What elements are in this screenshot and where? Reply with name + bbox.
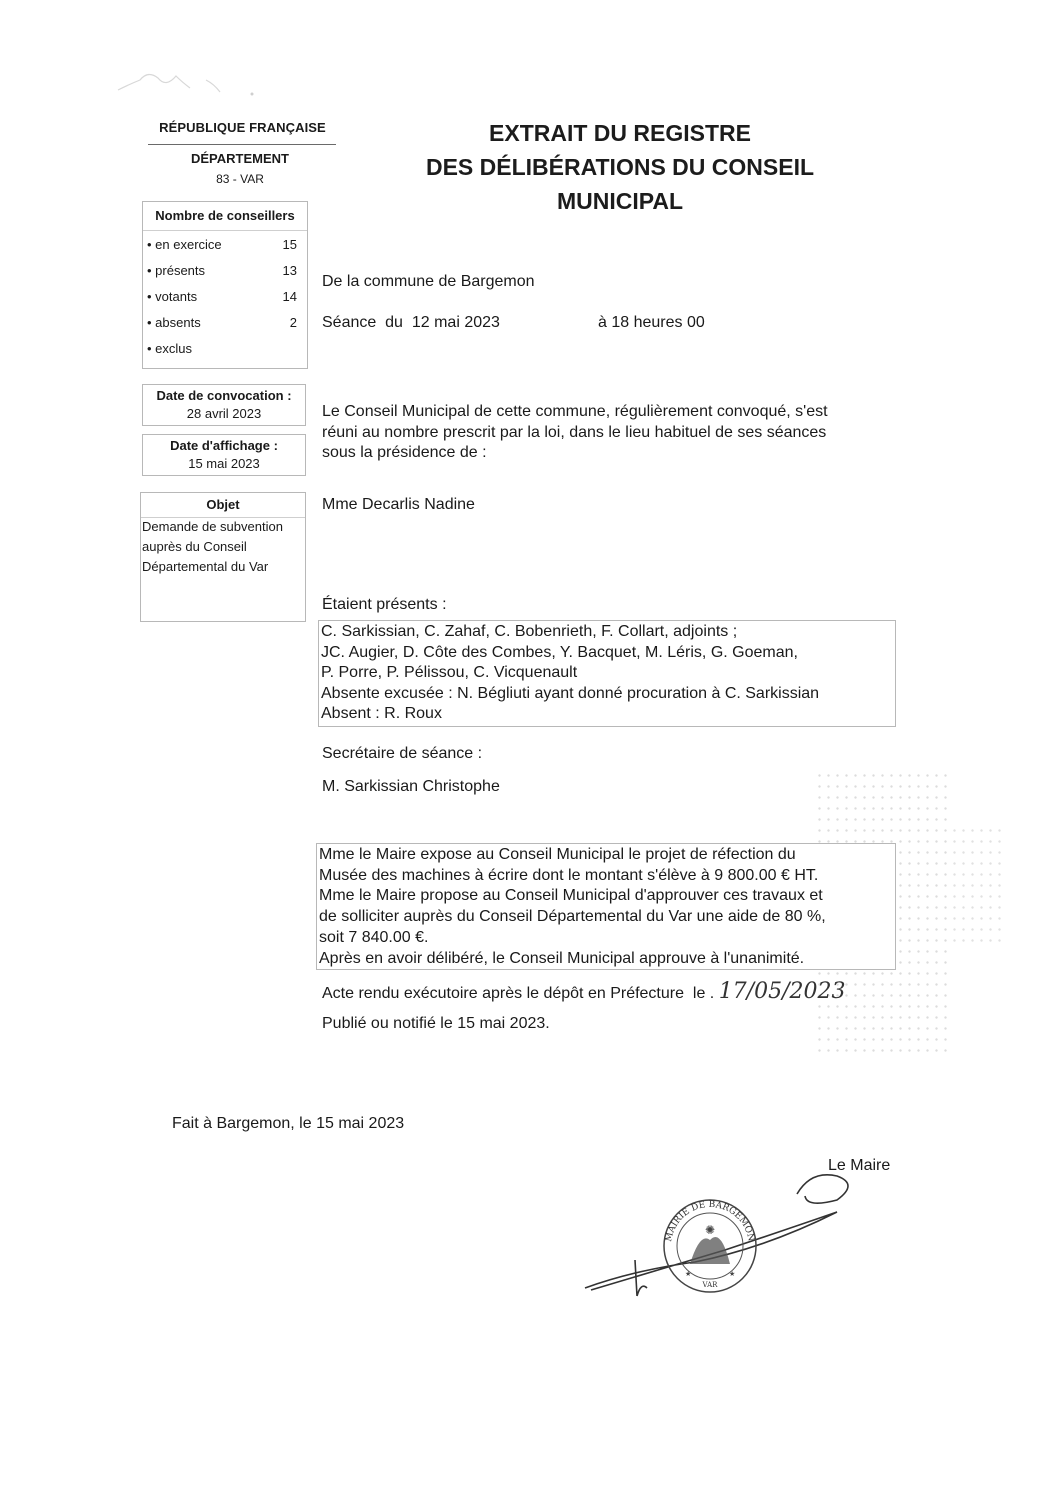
- objet-line: Demande de subvention: [142, 517, 304, 537]
- conseillers-row: • exclus: [147, 341, 297, 356]
- objet-line: auprès du Conseil: [142, 537, 304, 557]
- conseillers-row: • votants 14: [147, 289, 297, 304]
- title-line: EXTRAIT DU REGISTRE: [380, 116, 860, 150]
- date-convocation-value: 28 avril 2023: [143, 406, 305, 421]
- intro-line: Le Conseil Municipal de cette commune, r…: [322, 402, 882, 423]
- secretaire-name: M. Sarkissian Christophe: [322, 777, 500, 797]
- objet-box: Objet Demande de subvention auprès du Co…: [140, 492, 306, 622]
- departement-label: DÉPARTEMENT: [160, 151, 320, 166]
- row-label: • votants: [147, 289, 197, 304]
- conseillers-box: Nombre de conseillers • en exercice 15 •…: [142, 201, 308, 369]
- deliberation-line: soit 7 840.00 €.: [319, 928, 895, 949]
- date-convocation-label: Date de convocation :: [143, 388, 305, 403]
- seance-heure: à 18 heures 00: [598, 313, 705, 333]
- fait-a: Fait à Bargemon, le 15 mai 2023: [172, 1115, 404, 1133]
- row-value: 2: [290, 315, 297, 330]
- objet-text: Demande de subvention auprès du Conseil …: [142, 517, 304, 577]
- deliberation-line: Musée des machines à écrire dont le mont…: [319, 866, 895, 887]
- deliberation-line: Après en avoir délibéré, le Conseil Muni…: [319, 949, 895, 970]
- objet-label: Objet: [141, 497, 305, 512]
- presents-line: C. Sarkissian, C. Zahaf, C. Bobenrieth, …: [321, 622, 895, 643]
- publie-notifie: Publié ou notifié le 15 mai 2023.: [322, 1014, 550, 1034]
- scan-artifact-scribble: [110, 62, 260, 102]
- presents-label: Étaient présents :: [322, 595, 447, 615]
- row-label: • exclus: [147, 341, 192, 356]
- signature-icon: [585, 1175, 848, 1296]
- departement-value: 83 - VAR: [160, 172, 320, 186]
- row-label: • présents: [147, 263, 205, 278]
- objet-line: Départemental du Var: [142, 557, 304, 577]
- date-affichage-value: 15 mai 2023: [143, 456, 305, 471]
- svg-text:★: ★: [685, 1270, 691, 1278]
- title-line: DES DÉLIBÉRATIONS DU CONSEIL: [380, 150, 860, 184]
- svg-text:★: ★: [729, 1270, 735, 1278]
- acte-handwritten-date: 17/05/2023: [719, 979, 846, 1004]
- presents-line: JC. Augier, D. Côte des Combes, Y. Bacqu…: [321, 643, 895, 664]
- title-line: MUNICIPAL: [380, 184, 860, 218]
- deliberation-line: Mme le Maire propose au Conseil Municipa…: [319, 886, 895, 907]
- presents-box: C. Sarkissian, C. Zahaf, C. Bobenrieth, …: [318, 620, 896, 727]
- intro-paragraph: Le Conseil Municipal de cette commune, r…: [322, 402, 882, 464]
- dotted-stamp-artifact: [950, 825, 1005, 945]
- row-value: 14: [283, 289, 297, 304]
- commune: De la commune de Bargemon: [322, 272, 535, 292]
- svg-text:✺: ✺: [705, 1223, 715, 1237]
- intro-line: sous la présidence de :: [322, 443, 882, 464]
- document-title: EXTRAIT DU REGISTRE DES DÉLIBÉRATIONS DU…: [380, 116, 860, 218]
- date-convocation-box: Date de convocation : 28 avril 2023: [142, 384, 306, 426]
- acte-text: Acte rendu exécutoire après le dépôt en …: [322, 985, 714, 1002]
- row-value: 13: [283, 263, 297, 278]
- presents-line: Absent : R. Roux: [321, 704, 895, 725]
- seance-date: Séance du 12 mai 2023: [322, 314, 500, 331]
- conseillers-title: Nombre de conseillers: [143, 208, 307, 223]
- deliberation-box: Mme le Maire expose au Conseil Municipal…: [316, 843, 896, 970]
- row-value: 15: [283, 237, 297, 252]
- conseillers-row: • présents 13: [147, 263, 297, 278]
- secretaire-label: Secrétaire de séance :: [322, 744, 482, 764]
- presents-line: Absente excusée : N. Bégliuti ayant donn…: [321, 684, 895, 705]
- row-label: • en exercice: [147, 237, 222, 252]
- divider: [143, 230, 307, 231]
- date-affichage-box: Date d'affichage : 15 mai 2023: [142, 434, 306, 476]
- date-affichage-label: Date d'affichage :: [143, 438, 305, 453]
- mairie-seal-icon: MAIRIE DE BARGEMON VAR ✺ ★ ★: [664, 1200, 756, 1292]
- acte-executoire: Acte rendu exécutoire après le dépôt en …: [322, 982, 846, 1004]
- republique-francaise: RÉPUBLIQUE FRANÇAISE: [150, 120, 335, 135]
- row-label: • absents: [147, 315, 201, 330]
- president-name: Mme Decarlis Nadine: [322, 495, 475, 515]
- seal-bottom-text: VAR: [702, 1281, 719, 1289]
- conseillers-row: • en exercice 15: [147, 237, 297, 252]
- divider: [148, 144, 336, 145]
- deliberation-line: Mme le Maire expose au Conseil Municipal…: [319, 845, 895, 866]
- deliberation-line: de solliciter auprès du Conseil Départem…: [319, 907, 895, 928]
- signature-and-seal: MAIRIE DE BARGEMON VAR ✺ ★ ★: [575, 1170, 875, 1300]
- presents-line: P. Porre, P. Pélissou, C. Vicquenault: [321, 663, 895, 684]
- conseillers-row: • absents 2: [147, 315, 297, 330]
- intro-line: réuni au nombre prescrit par la loi, dan…: [322, 423, 882, 444]
- seance-line: Séance du 12 mai 2023 à 18 heures 00: [322, 313, 742, 333]
